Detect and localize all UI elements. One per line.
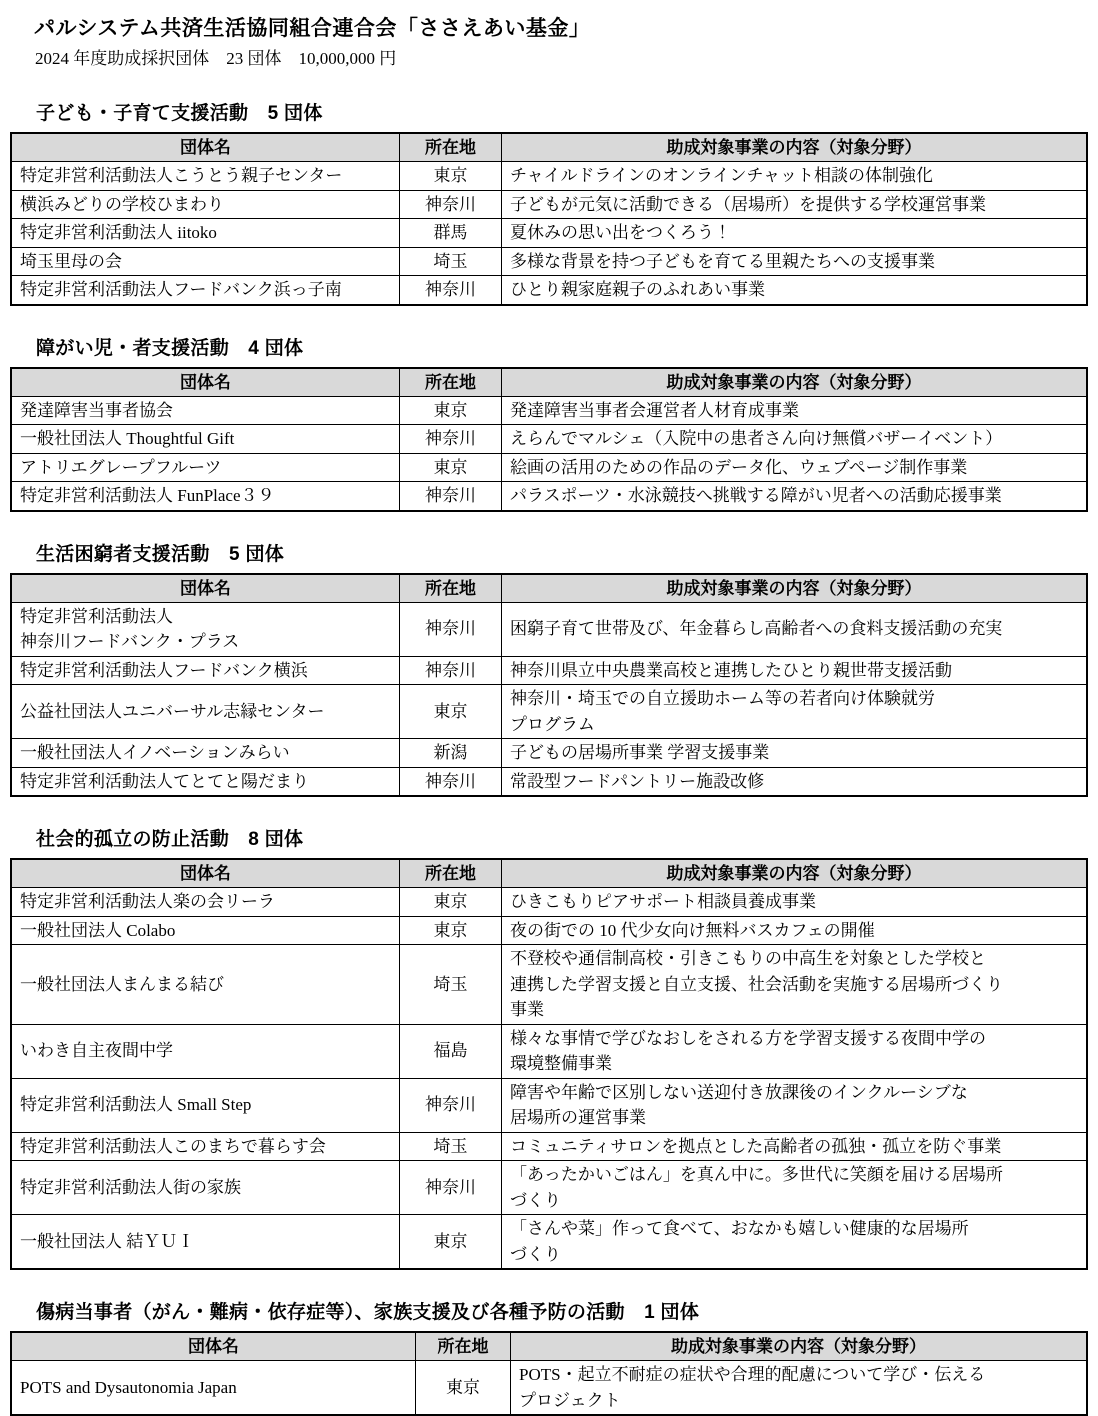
table-row: 特定非営利活動法人街の家族 神奈川 「あったかいごはん」を真ん中に。多世代に笑顔… xyxy=(11,1161,1087,1215)
table-row: 一般社団法人イノベーションみらい 新潟 子どもの居場所事業 学習支援事業 xyxy=(11,739,1087,768)
project-description: えらんでマルシェ（入院中の患者さん向け無償バザーイベント） xyxy=(502,425,1088,454)
col-header-org: 団体名 xyxy=(11,368,400,397)
project-description: コミュニティサロンを拠点とした高齢者の孤独・孤立を防ぐ事業 xyxy=(502,1132,1088,1161)
table-row: 特定非営利活動法人こうとう親子センター 東京 チャイルドラインのオンラインチャッ… xyxy=(11,162,1087,191)
col-header-location: 所在地 xyxy=(400,859,502,888)
project-description: 「あったかいごはん」を真ん中に。多世代に笑顔を届ける居場所 づくり xyxy=(502,1161,1088,1215)
col-header-content: 助成対象事業の内容（対象分野） xyxy=(502,859,1088,888)
project-description: POTS・起立不耐症の症状や合理的配慮について学び・伝える プロジェクト xyxy=(511,1361,1088,1416)
org-name: 発達障害当事者協会 xyxy=(11,396,400,425)
table-row: 特定非営利活動法人楽の会リーラ 東京 ひきこもりピアサポート相談員養成事業 xyxy=(11,888,1087,917)
table-row: 特定非営利活動法人フードバンク浜っ子南 神奈川 ひとり親家庭親子のふれあい事業 xyxy=(11,276,1087,305)
project-description: 多様な背景を持つ子どもを育てる里親たちへの支援事業 xyxy=(502,247,1088,276)
location: 神奈川 xyxy=(400,190,502,219)
location: 神奈川 xyxy=(400,276,502,305)
location: 神奈川 xyxy=(400,1161,502,1215)
table-header-row: 団体名 所在地 助成対象事業の内容（対象分野） xyxy=(11,859,1087,888)
project-description: 常設型フードパントリー施設改修 xyxy=(502,767,1088,796)
location: 福島 xyxy=(400,1024,502,1078)
col-header-content: 助成対象事業の内容（対象分野） xyxy=(502,368,1088,397)
org-name: 特定非営利活動法人てとてと陽だまり xyxy=(11,767,400,796)
project-description: パラスポーツ・水泳競技へ挑戦する障がい児者への活動応援事業 xyxy=(502,482,1088,511)
location: 埼玉 xyxy=(400,1132,502,1161)
table-row: いわき自主夜間中学 福島 様々な事情で学びなおしをされる方を学習支援する夜間中学… xyxy=(11,1024,1087,1078)
table-row: 特定非営利活動法人 神奈川フードバンク・プラス 神奈川 困窮子育て世帯及び、年金… xyxy=(11,602,1087,656)
location: 東京 xyxy=(416,1361,511,1416)
project-description: 「さんや菜」作って食べて、おなかも嬉しい健康的な居場所 づくり xyxy=(502,1215,1088,1270)
table-row: 特定非営利活動法人 iitoko 群馬 夏休みの思い出をつくろう！ xyxy=(11,219,1087,248)
table-row: 特定非営利活動法人このまちで暮らす会 埼玉 コミュニティサロンを拠点とした高齢者… xyxy=(11,1132,1087,1161)
col-header-org: 団体名 xyxy=(11,574,400,603)
col-header-location: 所在地 xyxy=(400,574,502,603)
project-description: 子どもが元気に活動できる（居場所）を提供する学校運営事業 xyxy=(502,190,1088,219)
col-header-org: 団体名 xyxy=(11,133,400,162)
table-header-row: 団体名 所在地 助成対象事業の内容（対象分野） xyxy=(11,368,1087,397)
grants-table-isolation: 団体名 所在地 助成対象事業の内容（対象分野） 特定非営利活動法人楽の会リーラ … xyxy=(10,858,1088,1270)
project-description: チャイルドラインのオンラインチャット相談の体制強化 xyxy=(502,162,1088,191)
table-header-row: 団体名 所在地 助成対象事業の内容（対象分野） xyxy=(11,574,1087,603)
project-description: 困窮子育て世帯及び、年金暮らし高齢者への食料支援活動の充実 xyxy=(502,602,1088,656)
grants-table-poverty: 団体名 所在地 助成対象事業の内容（対象分野） 特定非営利活動法人 神奈川フード… xyxy=(10,573,1088,798)
col-header-content: 助成対象事業の内容（対象分野） xyxy=(511,1332,1088,1361)
project-description: 神奈川県立中央農業高校と連携したひとり親世帯支援活動 xyxy=(502,656,1088,685)
org-name: 公益社団法人ユニバーサル志縁センター xyxy=(11,685,400,739)
table-row: アトリエグレープフルーツ 東京 絵画の活用のための作品のデータ化、ウェブページ制… xyxy=(11,453,1087,482)
location: 群馬 xyxy=(400,219,502,248)
location: 東京 xyxy=(400,453,502,482)
col-header-content: 助成対象事業の内容（対象分野） xyxy=(502,133,1088,162)
project-description: 様々な事情で学びなおしをされる方を学習支援する夜間中学の 環境整備事業 xyxy=(502,1024,1088,1078)
location: 神奈川 xyxy=(400,482,502,511)
org-name: 特定非営利活動法人 神奈川フードバンク・プラス xyxy=(11,602,400,656)
col-header-org: 団体名 xyxy=(11,859,400,888)
org-name: 特定非営利活動法人このまちで暮らす会 xyxy=(11,1132,400,1161)
col-header-location: 所在地 xyxy=(416,1332,511,1361)
table-header-row: 団体名 所在地 助成対象事業の内容（対象分野） xyxy=(11,1332,1087,1361)
org-name: 特定非営利活動法人 iitoko xyxy=(11,219,400,248)
location: 埼玉 xyxy=(400,945,502,1025)
org-name: POTS and Dysautonomia Japan xyxy=(11,1361,416,1416)
table-row: 埼玉里母の会 埼玉 多様な背景を持つ子どもを育てる里親たちへの支援事業 xyxy=(11,247,1087,276)
grants-table-illness: 団体名 所在地 助成対象事業の内容（対象分野） POTS and Dysauto… xyxy=(10,1331,1088,1416)
org-name: 横浜みどりの学校ひまわり xyxy=(11,190,400,219)
org-name: 一般社団法人 結ＹＵＩ xyxy=(11,1215,400,1270)
project-description: 夏休みの思い出をつくろう！ xyxy=(502,219,1088,248)
location: 東京 xyxy=(400,1215,502,1270)
table-row: 特定非営利活動法人フードバンク横浜 神奈川 神奈川県立中央農業高校と連携したひと… xyxy=(11,656,1087,685)
org-name: 特定非営利活動法人街の家族 xyxy=(11,1161,400,1215)
project-description: 神奈川・埼玉での自立援助ホーム等の若者向け体験就労 プログラム xyxy=(502,685,1088,739)
section-heading-children: 子ども・子育て支援活動 5 団体 xyxy=(36,98,1098,125)
grants-table-disability: 団体名 所在地 助成対象事業の内容（対象分野） 発達障害当事者協会 東京 発達障… xyxy=(10,367,1088,512)
col-header-location: 所在地 xyxy=(400,133,502,162)
location: 新潟 xyxy=(400,739,502,768)
org-name: 特定非営利活動法人フードバンク横浜 xyxy=(11,656,400,685)
project-description: 発達障害当事者会運営者人材育成事業 xyxy=(502,396,1088,425)
table-row: 一般社団法人 Thoughtful Gift 神奈川 えらんでマルシェ（入院中の… xyxy=(11,425,1087,454)
org-name: アトリエグレープフルーツ xyxy=(11,453,400,482)
project-description: 障害や年齢で区別しない送迎付き放課後のインクルーシブな 居場所の運営事業 xyxy=(502,1078,1088,1132)
table-row: 一般社団法人 結ＹＵＩ 東京 「さんや菜」作って食べて、おなかも嬉しい健康的な居… xyxy=(11,1215,1087,1270)
location: 東京 xyxy=(400,685,502,739)
location: 神奈川 xyxy=(400,425,502,454)
project-description: ひとり親家庭親子のふれあい事業 xyxy=(502,276,1088,305)
table-row: 一般社団法人 Colabo 東京 夜の街での 10 代少女向け無料バスカフェの開… xyxy=(11,916,1087,945)
org-name: いわき自主夜間中学 xyxy=(11,1024,400,1078)
col-header-org: 団体名 xyxy=(11,1332,416,1361)
org-name: 特定非営利活動法人楽の会リーラ xyxy=(11,888,400,917)
table-row: 横浜みどりの学校ひまわり 神奈川 子どもが元気に活動できる（居場所）を提供する学… xyxy=(11,190,1087,219)
org-name: 一般社団法人 Colabo xyxy=(11,916,400,945)
page-subtitle: 2024 年度助成採択団体 23 団体 10,000,000 円 xyxy=(35,47,1098,71)
project-description: 絵画の活用のための作品のデータ化、ウェブページ制作事業 xyxy=(502,453,1088,482)
project-description: 不登校や通信制高校・引きこもりの中高生を対象とした学校と 連携した学習支援と自立… xyxy=(502,945,1088,1025)
org-name: 埼玉里母の会 xyxy=(11,247,400,276)
org-name: 特定非営利活動法人こうとう親子センター xyxy=(11,162,400,191)
org-name: 一般社団法人まんまる結び xyxy=(11,945,400,1025)
section-heading-isolation: 社会的孤立の防止活動 8 団体 xyxy=(36,824,1098,851)
location: 東京 xyxy=(400,396,502,425)
project-description: ひきこもりピアサポート相談員養成事業 xyxy=(502,888,1088,917)
location: 神奈川 xyxy=(400,767,502,796)
location: 東京 xyxy=(400,162,502,191)
table-row: 一般社団法人まんまる結び 埼玉 不登校や通信制高校・引きこもりの中高生を対象とし… xyxy=(11,945,1087,1025)
table-row: 特定非営利活動法人 FunPlace３９ 神奈川 パラスポーツ・水泳競技へ挑戦す… xyxy=(11,482,1087,511)
table-row: 特定非営利活動法人 Small Step 神奈川 障害や年齢で区別しない送迎付き… xyxy=(11,1078,1087,1132)
col-header-content: 助成対象事業の内容（対象分野） xyxy=(502,574,1088,603)
table-row: POTS and Dysautonomia Japan 東京 POTS・起立不耐… xyxy=(11,1361,1087,1416)
table-row: 公益社団法人ユニバーサル志縁センター 東京 神奈川・埼玉での自立援助ホーム等の若… xyxy=(11,685,1087,739)
page-title: パルシステム共済生活協同組合連合会「ささえあい基金」 xyxy=(34,12,1098,42)
col-header-location: 所在地 xyxy=(400,368,502,397)
section-heading-illness: 傷病当事者（がん・難病・依存症等）、家族支援及び各種予防の活動 1 団体 xyxy=(36,1297,1098,1324)
location: 神奈川 xyxy=(400,656,502,685)
section-heading-poverty: 生活困窮者支援活動 5 団体 xyxy=(36,539,1098,566)
org-name: 一般社団法人イノベーションみらい xyxy=(11,739,400,768)
location: 神奈川 xyxy=(400,1078,502,1132)
project-description: 夜の街での 10 代少女向け無料バスカフェの開催 xyxy=(502,916,1088,945)
location: 東京 xyxy=(400,916,502,945)
org-name: 一般社団法人 Thoughtful Gift xyxy=(11,425,400,454)
org-name: 特定非営利活動法人 FunPlace３９ xyxy=(11,482,400,511)
table-row: 特定非営利活動法人てとてと陽だまり 神奈川 常設型フードパントリー施設改修 xyxy=(11,767,1087,796)
table-header-row: 団体名 所在地 助成対象事業の内容（対象分野） xyxy=(11,133,1087,162)
document-page: パルシステム共済生活協同組合連合会「ささえあい基金」 2024 年度助成採択団体… xyxy=(0,0,1098,1416)
project-description: 子どもの居場所事業 学習支援事業 xyxy=(502,739,1088,768)
location: 埼玉 xyxy=(400,247,502,276)
grants-table-children: 団体名 所在地 助成対象事業の内容（対象分野） 特定非営利活動法人こうとう親子セ… xyxy=(10,132,1088,306)
location: 東京 xyxy=(400,888,502,917)
section-heading-disability: 障がい児・者支援活動 4 団体 xyxy=(36,333,1098,360)
org-name: 特定非営利活動法人 Small Step xyxy=(11,1078,400,1132)
org-name: 特定非営利活動法人フードバンク浜っ子南 xyxy=(11,276,400,305)
table-row: 発達障害当事者協会 東京 発達障害当事者会運営者人材育成事業 xyxy=(11,396,1087,425)
location: 神奈川 xyxy=(400,602,502,656)
